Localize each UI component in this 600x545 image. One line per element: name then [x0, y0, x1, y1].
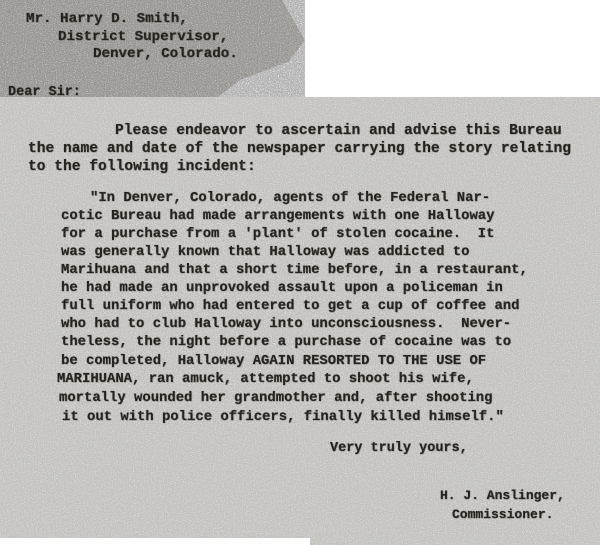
signature-title: Commissioner. [452, 508, 553, 521]
recipient-line: Denver, Colorado. [93, 47, 238, 61]
recipient-line: District Supervisor, [58, 30, 228, 44]
quote-line: it out with police officers, finally kil… [62, 411, 504, 425]
quote-line: mortally wounded her grandmother and, af… [59, 392, 492, 406]
quote-line: he had made an unprovoked assault upon a… [61, 282, 503, 296]
quote-line: "In Denver, Colorado, agents of the Fede… [90, 192, 490, 206]
salutation: Dear Sir: [8, 86, 81, 100]
recipient-line: Mr. Harry D. Smith, [26, 12, 188, 26]
body-line: Please endeavor to ascertain and advise … [115, 124, 562, 139]
scanned-letter-page: Mr. Harry D. Smith, District Supervisor,… [0, 0, 600, 545]
quote-line: MARIHUANA, ran amuck, attempted to shoot… [57, 373, 474, 387]
body-line: the name and date of the newspaper carry… [28, 142, 571, 157]
body-line: to the following incident: [28, 160, 256, 175]
quote-line: was generally known that Halloway was ad… [61, 246, 469, 260]
scan-bottom-strip [0, 538, 310, 545]
quote-line: Marihuana and that a short time before, … [61, 264, 528, 278]
quote-line: who had to club Halloway into unconsciou… [61, 318, 511, 332]
signature-name: H. J. Anslinger, [440, 489, 565, 502]
quote-line: be completed, Halloway AGAIN RESORTED TO… [61, 355, 486, 369]
quote-line: cotic Bureau had made arrangements with … [61, 210, 494, 224]
quote-line: full uniform who had entered to get a cu… [61, 300, 519, 314]
closing: Very truly yours, [330, 442, 468, 456]
quote-line: for a purchase from a 'plant' of stolen … [61, 228, 494, 242]
quote-line: theless, the night before a purchase of … [61, 336, 511, 350]
